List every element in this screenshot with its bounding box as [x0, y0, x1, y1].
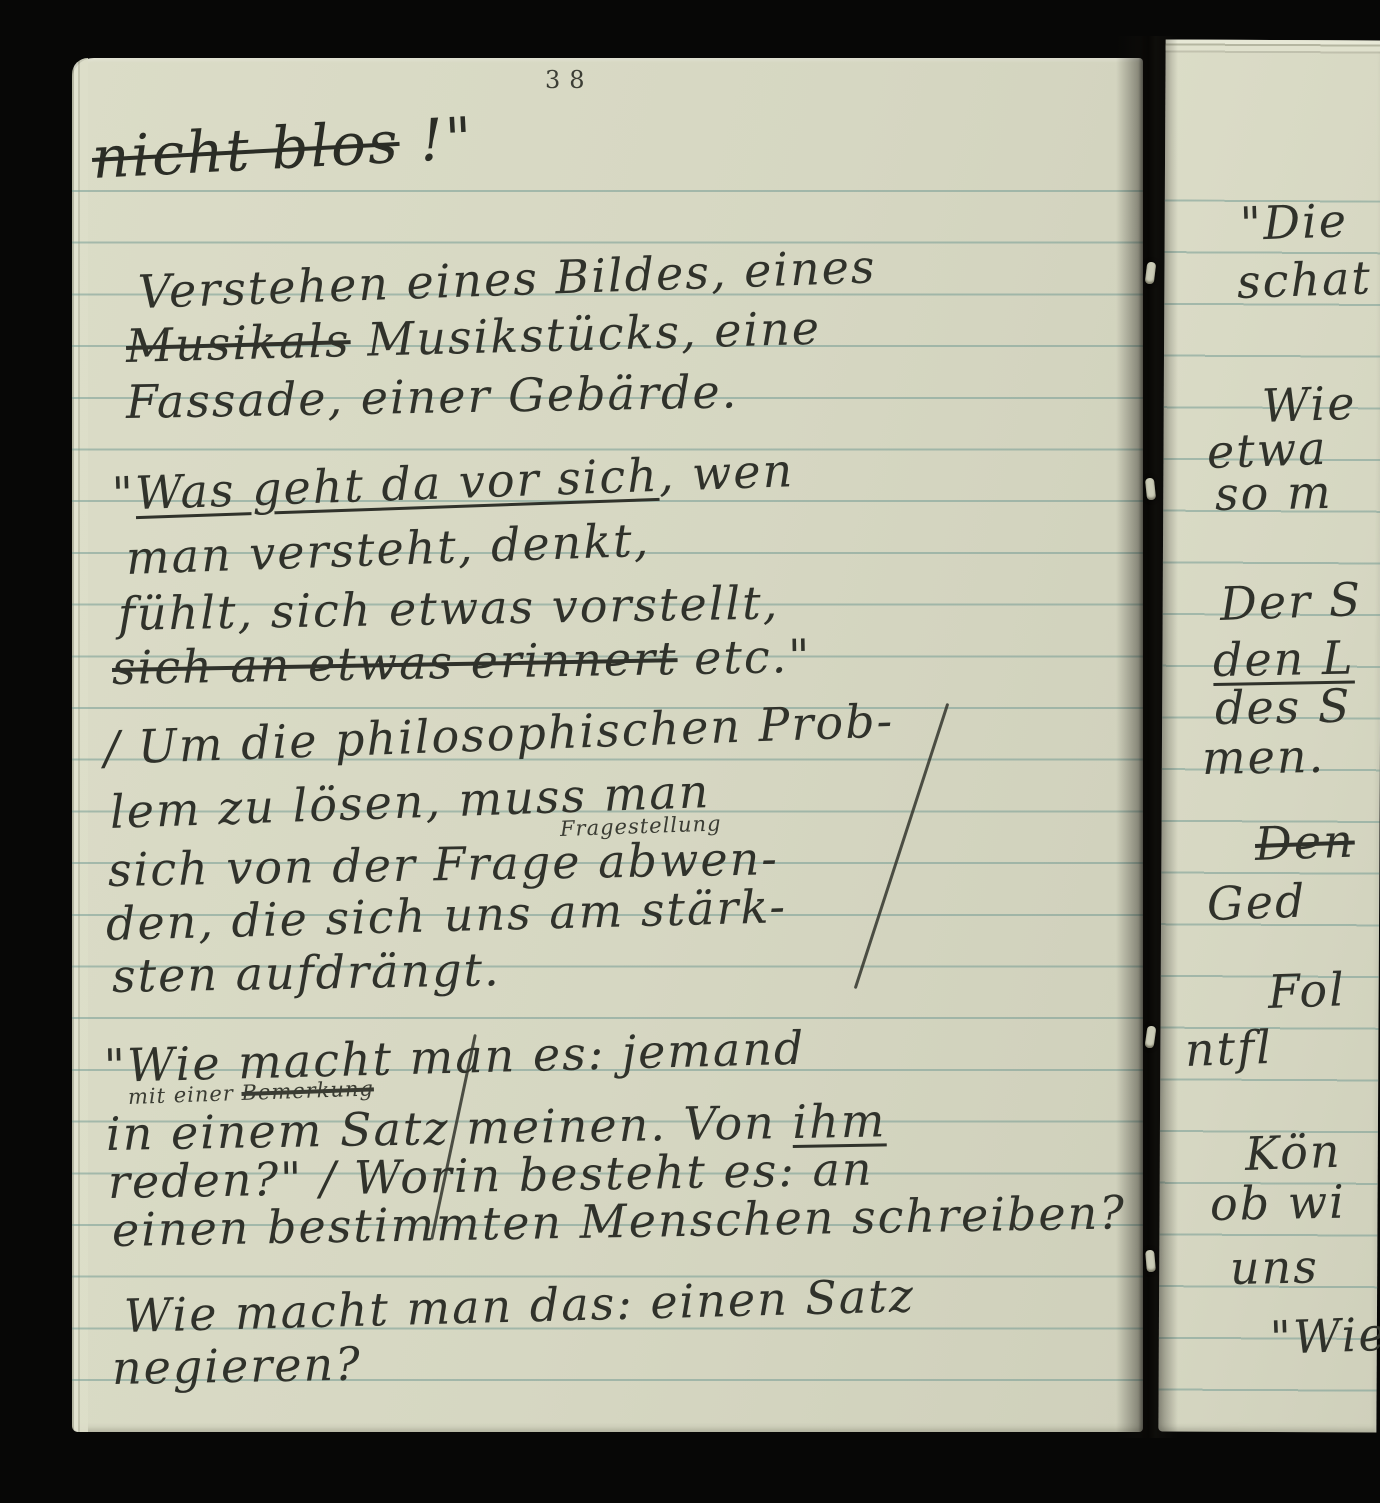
- ruled-lines: [72, 190, 1143, 1428]
- binding-stitch: [1145, 1250, 1156, 1273]
- left-page: [72, 58, 1143, 1432]
- page-stack-edge: [1166, 39, 1380, 56]
- right-page: [1158, 39, 1380, 1432]
- ruled-lines: [1158, 199, 1380, 1424]
- binding-gutter: [1116, 36, 1178, 1438]
